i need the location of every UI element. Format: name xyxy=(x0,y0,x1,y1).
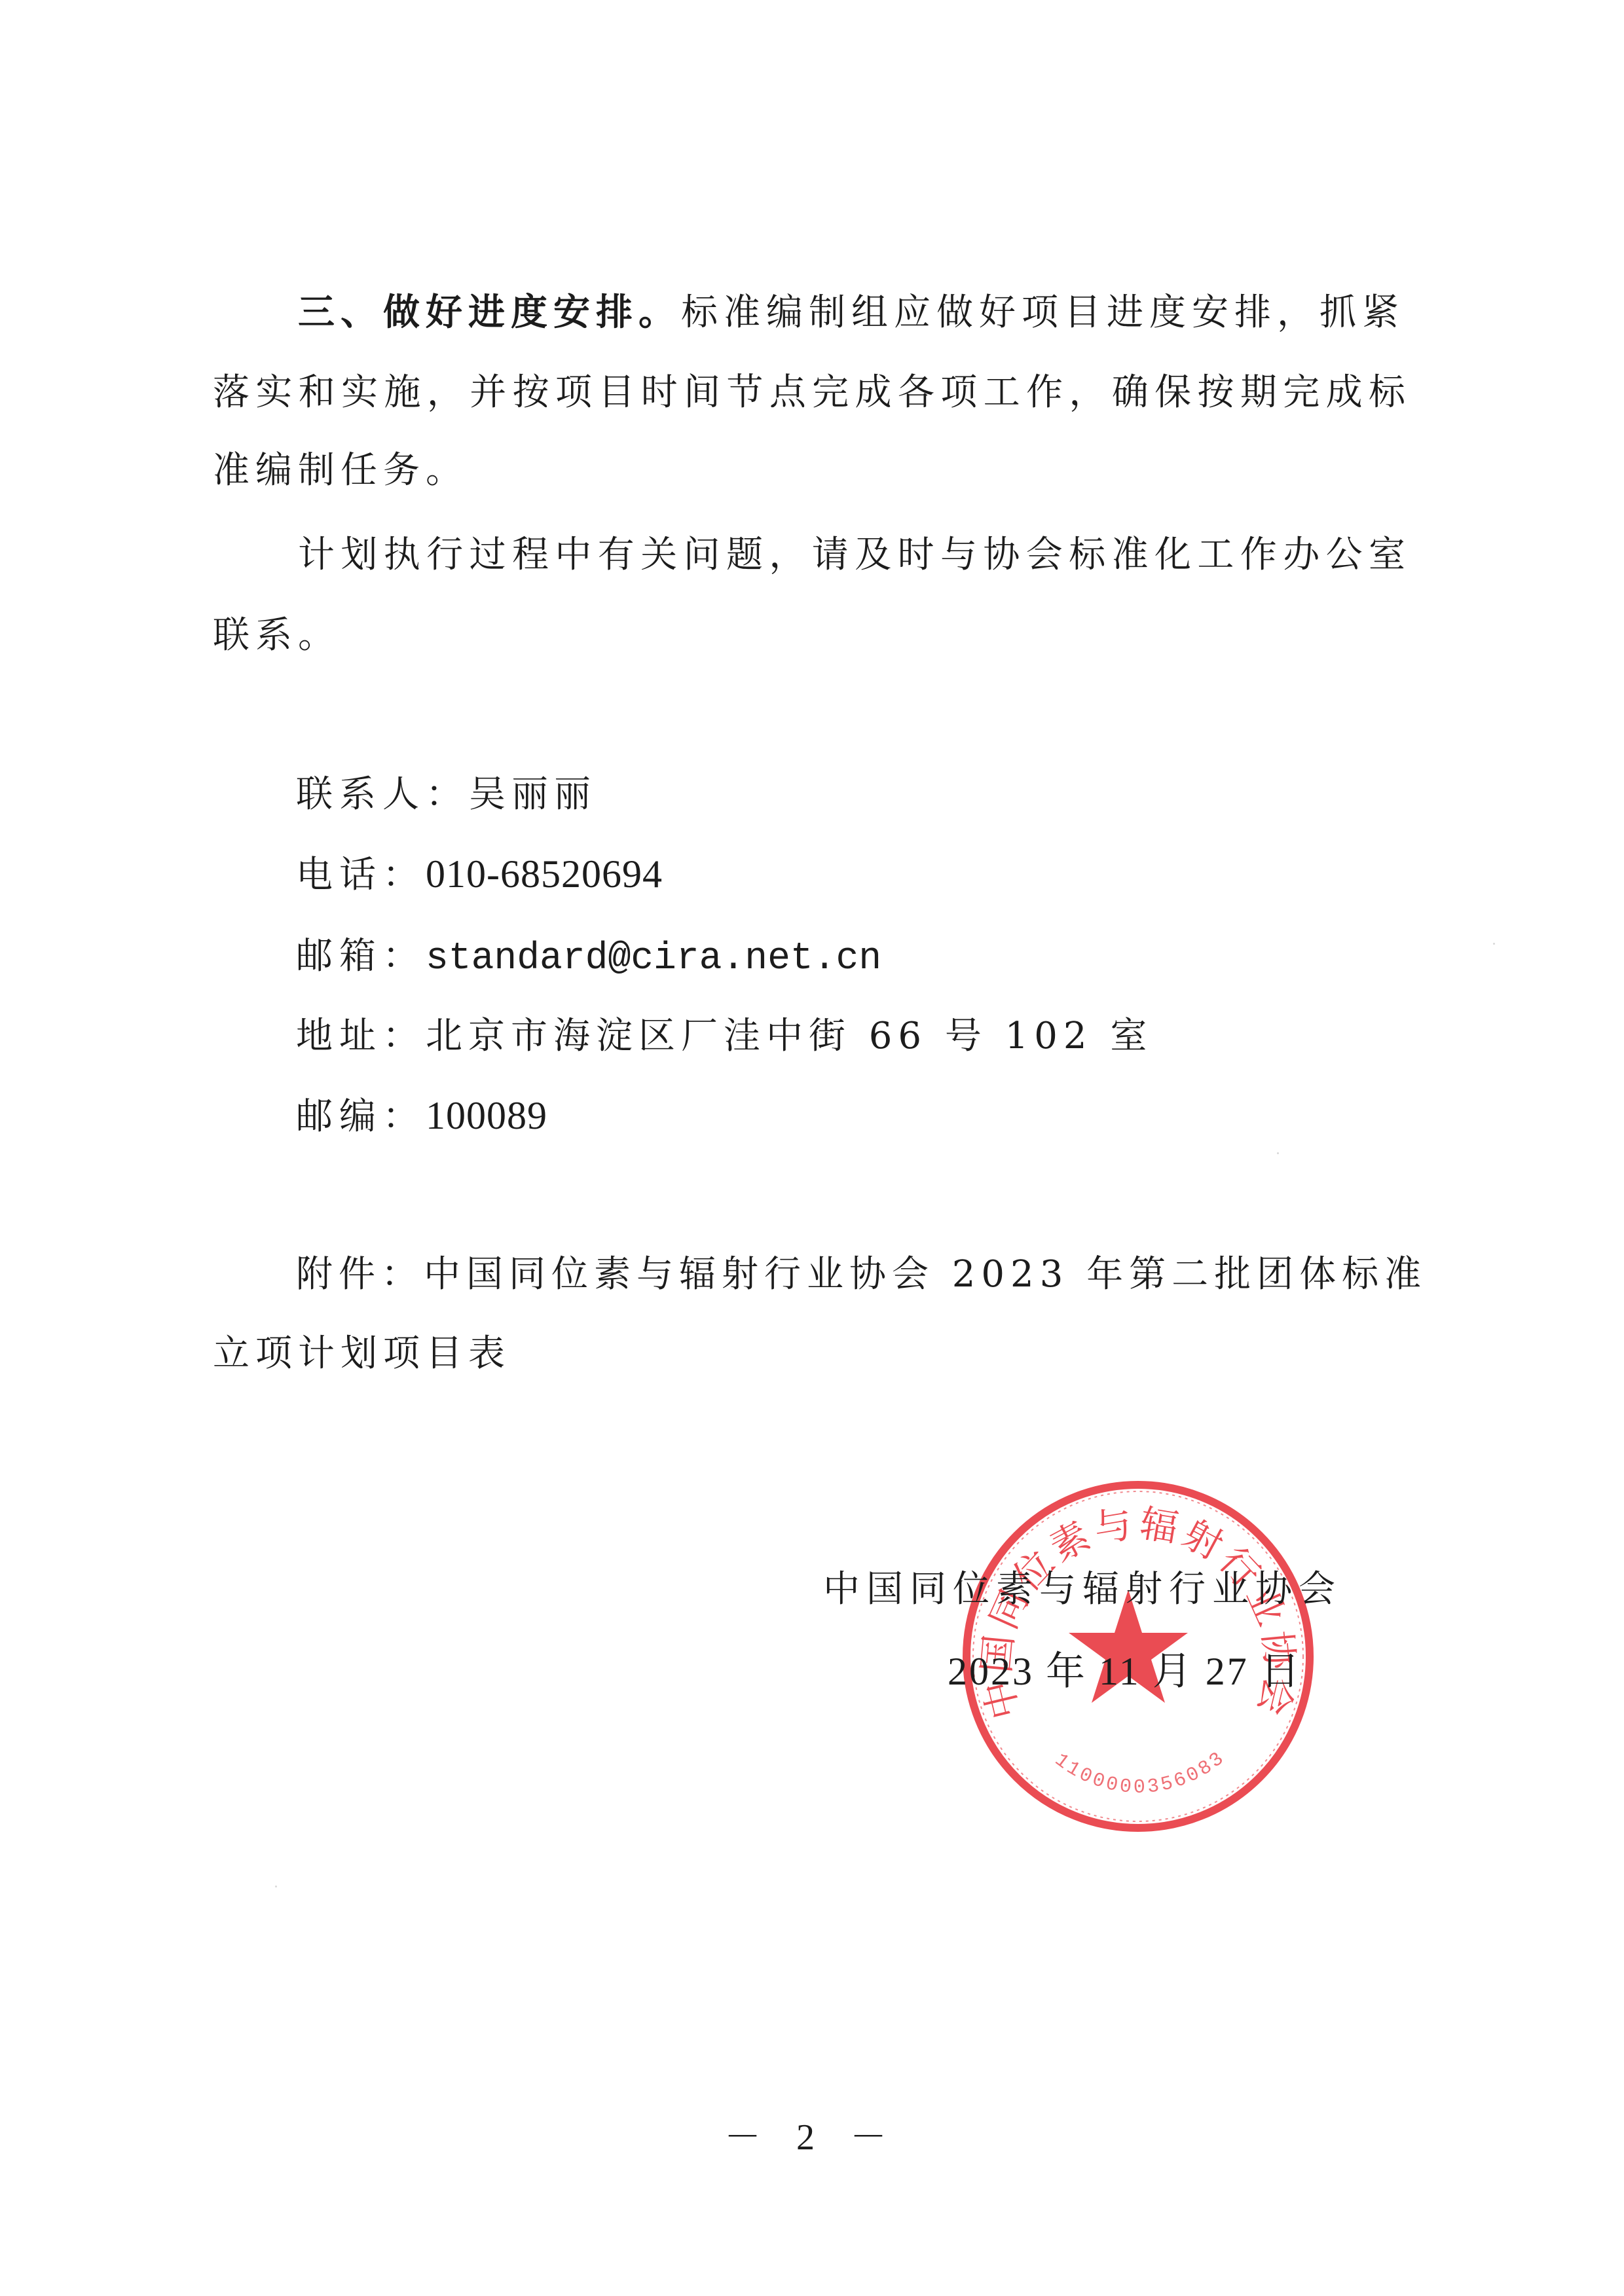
attachment-title: 中国同位素与辐射行业协会 2023 年第二批团体标准 xyxy=(424,1253,1427,1296)
contact-address-label: 地址： xyxy=(296,1015,426,1057)
scan-artifact xyxy=(275,1886,277,1887)
attachment-label: 附件： xyxy=(296,1253,424,1296)
contact-postcode-label: 邮编： xyxy=(296,1095,426,1138)
contact-phone-value: 010-68520694 xyxy=(426,852,663,896)
contact-email: 邮箱：standard@cira.net.cn xyxy=(296,927,881,986)
attachment-line-2: 立项计划项目表 xyxy=(213,1324,511,1383)
svg-text:1100000356083: 1100000356083 xyxy=(1050,1747,1230,1799)
contact-address: 地址：北京市海淀区厂洼中街 66 号 102 室 xyxy=(296,1007,1153,1066)
contact-postcode-value: 100089 xyxy=(426,1094,547,1137)
section-heading: 三、做好进度安排。 xyxy=(298,291,681,334)
paragraph-text: 标准编制组应做好项目进度安排，抓紧 xyxy=(681,291,1405,334)
seal-number: 1100000356083 xyxy=(1050,1747,1230,1799)
contact-note-line-1: 计划执行过程中有关问题，请及时与协会标准化工作办公室 xyxy=(298,526,1411,585)
attachment-line-1: 附件：中国同位素与辐射行业协会 2023 年第二批团体标准 xyxy=(296,1245,1411,1304)
contact-person-label: 联系人： xyxy=(296,773,469,816)
paragraph-line-1: 三、做好进度安排。标准编制组应做好项目进度安排，抓紧 xyxy=(298,283,1411,342)
contact-address-value: 北京市海淀区厂洼中街 66 号 102 室 xyxy=(426,1015,1153,1057)
contact-note-line-2: 联系。 xyxy=(213,606,341,665)
contact-email-value: standard@cira.net.cn xyxy=(426,938,881,980)
contact-postcode: 邮编：100089 xyxy=(296,1086,547,1145)
paragraph-line-2: 落实和实施，并按项目时间节点完成各项工作，确保按期完成标 xyxy=(213,363,1411,422)
signature-date: 2023 年 11 月 27 日 xyxy=(948,1642,1302,1701)
scan-artifact xyxy=(1493,943,1495,945)
contact-phone: 电话：010-68520694 xyxy=(296,845,663,903)
signature-organization: 中国同位素与辐射行业协会 xyxy=(823,1560,1342,1619)
paragraph-line-3: 准编制任务。 xyxy=(213,441,468,500)
contact-email-label: 邮箱： xyxy=(296,935,426,977)
contact-phone-label: 电话： xyxy=(296,854,426,896)
scan-artifact xyxy=(1277,1152,1279,1154)
contact-person-value: 吴丽丽 xyxy=(469,773,597,816)
page-number: － 2 － xyxy=(714,2111,910,2164)
contact-person: 联系人：吴丽丽 xyxy=(296,765,597,824)
document-page: 三、做好进度安排。标准编制组应做好项目进度安排，抓紧 落实和实施，并按项目时间节… xyxy=(0,0,1624,2296)
